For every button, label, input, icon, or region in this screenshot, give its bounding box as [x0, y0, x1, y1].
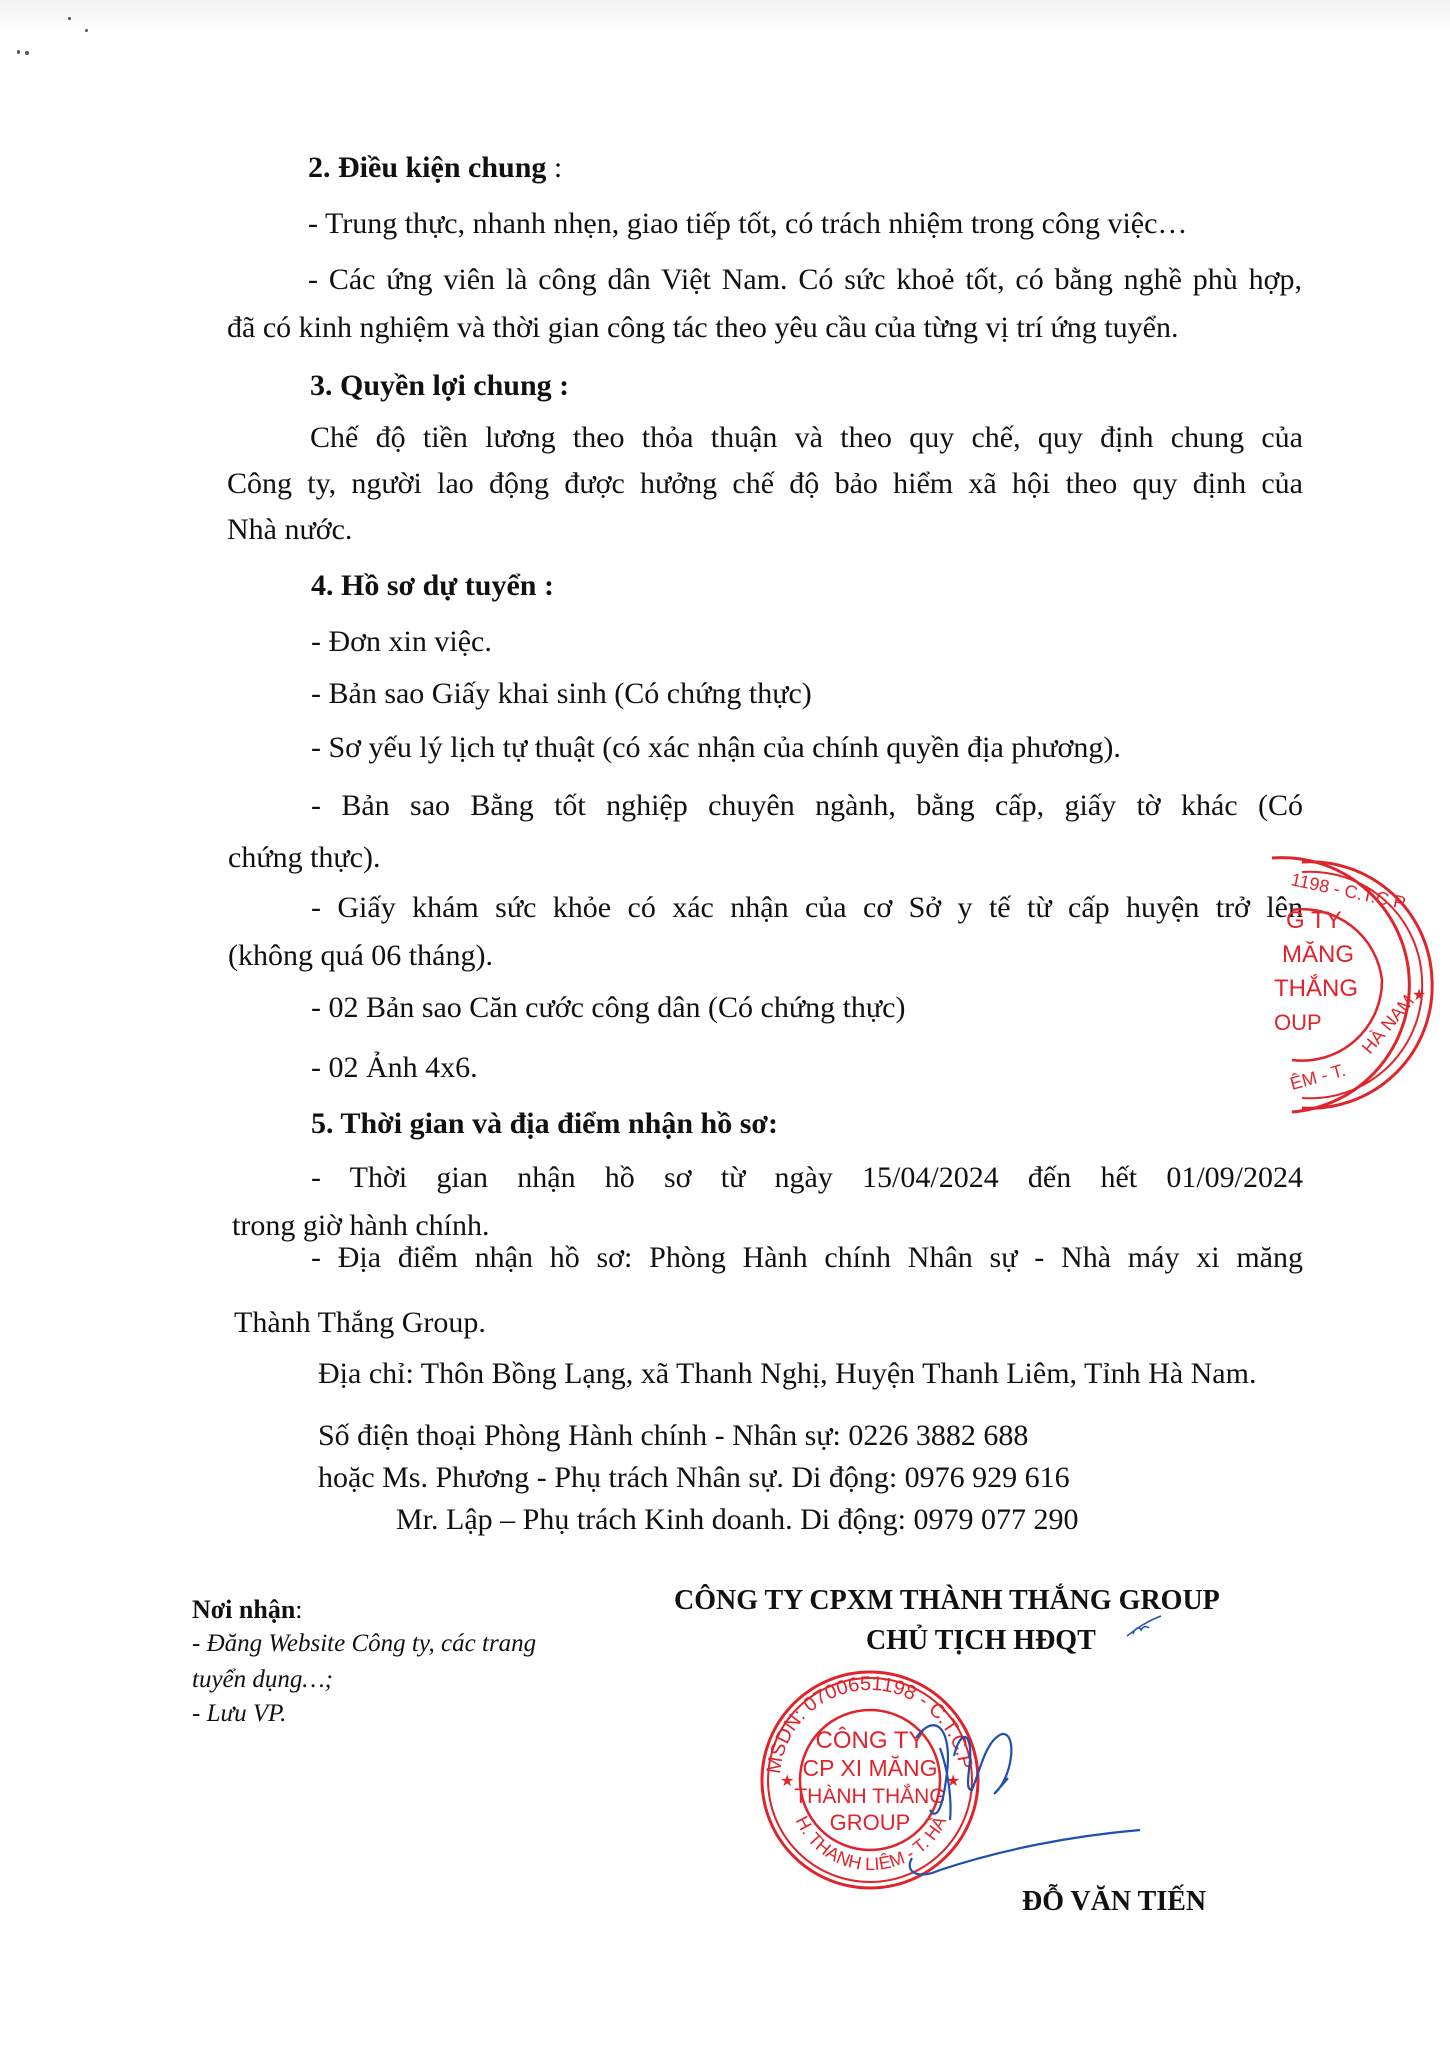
address: Địa chỉ: Thôn Bồng Lạng, xã Thanh Nghị, … [318, 1356, 1256, 1392]
page-top-shadow [0, 0, 1450, 30]
hr-phone: Số điện thoại Phòng Hành chính - Nhân sự… [318, 1418, 1028, 1454]
recipient-item: - Đăng Website Công ty, các trang [192, 1630, 536, 1658]
scan-speck [68, 17, 71, 20]
svg-text:GROUP: GROUP [830, 1810, 911, 1835]
contact-hr: hoặc Ms. Phương - Phụ trách Nhân sự. Di … [318, 1460, 1070, 1496]
recipients-title-text: Nơi nhận [192, 1595, 295, 1624]
partial-seal-icon: 1198 - C.T.C.P G TY MĂNG THẮNG OUP ★ HÀ … [1262, 850, 1450, 1120]
document-item: - Sơ yếu lý lịch tự thuật (có xác nhận c… [311, 730, 1121, 766]
receiving-time: - Thời gian nhận hồ sơ từ ngày 15/04/202… [311, 1160, 1303, 1196]
section-3-heading: 3. Quyền lợi chung : [310, 368, 569, 404]
svg-text:THẮNG: THẮNG [1274, 974, 1358, 1002]
scan-speck [17, 50, 20, 54]
svg-text:THÀNH THẮNG: THÀNH THẮNG [794, 1784, 945, 1808]
receiving-place: - Địa điểm nhận hồ sơ: Phòng Hành chính … [311, 1240, 1303, 1276]
recipients-colon: : [295, 1595, 302, 1624]
svg-text:ÊM - T.: ÊM - T. [1288, 1060, 1348, 1094]
svg-text:OUP: OUP [1274, 1010, 1322, 1035]
initial-mark-icon [1125, 1612, 1165, 1642]
document-item: - Đơn xin việc. [311, 624, 492, 660]
benefit-text-line: Công ty, người lao động được hưởng chế đ… [227, 466, 1303, 502]
section-2-heading-text: 2. Điều kiện chung [308, 151, 546, 184]
svg-text:HÀ NAM: HÀ NAM [1358, 991, 1418, 1057]
company-seal-icon: MSDN: 0700651198 - C.T.C.P H. THANH LIÊM… [740, 1660, 1160, 1900]
condition-item-continued: đã có kinh nghiệm và thời gian công tác … [227, 310, 1178, 346]
benefit-text-line: Nhà nước. [227, 512, 352, 548]
signature-role: CHỦ TỊCH HĐQT [866, 1625, 1096, 1657]
receiving-time-continued: trong giờ hành chính. [232, 1208, 490, 1244]
recipients-title: Nơi nhận: [192, 1595, 303, 1625]
condition-item: - Trung thực, nhanh nhẹn, giao tiếp tốt,… [308, 206, 1187, 242]
document-item: - 02 Ảnh 4x6. [311, 1050, 478, 1086]
contact-sales: Mr. Lập – Phụ trách Kinh doanh. Di động:… [396, 1502, 1078, 1538]
section-2-heading: 2. Điều kiện chung : [308, 150, 562, 186]
section-4-heading: 4. Hồ sơ dự tuyển : [311, 568, 554, 604]
receiving-place-continued: Thành Thắng Group. [234, 1305, 486, 1341]
svg-text:★: ★ [780, 1773, 794, 1790]
document-item: - Bản sao Bằng tốt nghiệp chuyên ngành, … [311, 788, 1303, 824]
svg-text:MĂNG: MĂNG [1282, 941, 1354, 968]
document-item: - Bản sao Giấy khai sinh (Có chứng thực) [311, 676, 812, 712]
svg-text:G TY: G TY [1286, 907, 1342, 934]
section-5-heading: 5. Thời gian và địa điểm nhận hồ sơ: [311, 1106, 778, 1142]
svg-text:CÔNG TY: CÔNG TY [816, 1726, 925, 1754]
heading-colon: : [546, 151, 562, 184]
document-item: - Giấy khám sức khỏe có xác nhận của cơ … [311, 890, 1303, 926]
recipient-item: - Lưu VP. [192, 1700, 286, 1728]
recipient-item: tuyển dụng…; [192, 1666, 333, 1694]
scan-speck [85, 29, 88, 32]
document-item-continued: (không quá 06 tháng). [228, 938, 493, 974]
condition-item: - Các ứng viên là công dân Việt Nam. Có … [308, 262, 1302, 298]
document-item-continued: chứng thực). [228, 840, 380, 876]
svg-text:CP XI MĂNG: CP XI MĂNG [802, 1755, 937, 1781]
benefit-text-line: Chế độ tiền lương theo thỏa thuận và the… [310, 420, 1303, 456]
document-item: - 02 Bản sao Căn cước công dân (Có chứng… [311, 990, 906, 1026]
scan-speck [25, 51, 29, 55]
